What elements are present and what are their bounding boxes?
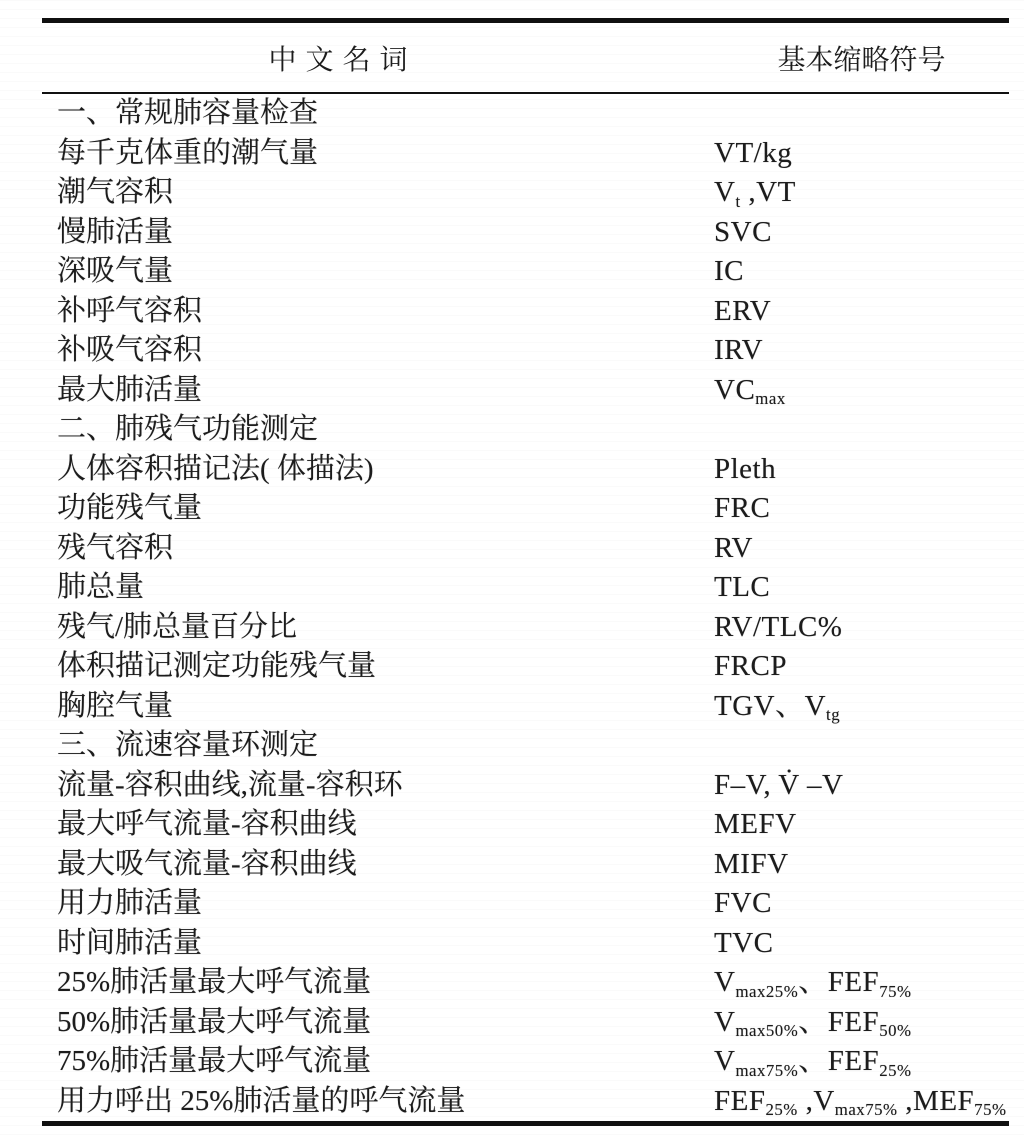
term-cell: 功能残气量 (42, 494, 714, 523)
abbreviation-cell: SVC (714, 218, 1009, 247)
term-cell: 最大呼气流量-容积曲线 (42, 810, 714, 839)
abbreviation-cell: IC (714, 257, 1009, 286)
table-row: 一、常规肺容量检查 (42, 94, 1009, 134)
abbreviation-cell: Pleth (714, 455, 1009, 484)
abbreviation-cell: TLC (714, 573, 1009, 602)
abbreviation-cell: Vt ,VT (714, 178, 1009, 207)
abbreviation-cell: FVC (714, 889, 1009, 918)
abbreviation-cell: F–V, V̇ –V (714, 771, 1009, 800)
abbreviation-cell: Vmax75%、FEF25% (714, 1047, 1009, 1076)
table-row: 最大吸气流量-容积曲线 MIFV (42, 845, 1009, 885)
abbreviation-cell: VT/kg (714, 139, 1009, 168)
table-row: 二、肺残气功能测定 (42, 410, 1009, 450)
table-row: 潮气容积 Vt ,VT (42, 173, 1009, 213)
table-row: 50%肺活量最大呼气流量 Vmax50%、FEF50% (42, 1003, 1009, 1043)
table-row: 用力呼出 25%肺活量的呼气流量 FEF25% ,Vmax75% ,MEF75% (42, 1082, 1009, 1122)
table-row: 三、流速容量环测定 (42, 726, 1009, 766)
table-row: 残气容积 RV (42, 529, 1009, 569)
table-row: 75%肺活量最大呼气流量 Vmax75%、FEF25% (42, 1042, 1009, 1082)
table-row: 补呼气容积 ERV (42, 292, 1009, 332)
table-row: 深吸气量 IC (42, 252, 1009, 292)
abbreviation-cell: TVC (714, 929, 1009, 958)
table-row: 最大肺活量 VCmax (42, 371, 1009, 411)
term-cell: 二、肺残气功能测定 (42, 415, 714, 444)
abbreviation-cell: FRCP (714, 652, 1009, 681)
abbreviation-cell: Vmax50%、FEF50% (714, 1008, 1009, 1037)
term-cell: 胸腔气量 (42, 692, 714, 721)
abbreviation-cell: FRC (714, 494, 1009, 523)
abbreviation-cell: ERV (714, 297, 1009, 326)
table-body: 一、常规肺容量检查 每千克体重的潮气量 VT/kg 潮气容积 Vt ,VT 慢肺… (42, 94, 1009, 1121)
abbreviation-cell: RV/TLC% (714, 613, 1009, 642)
term-cell: 50%肺活量最大呼气流量 (42, 1008, 714, 1037)
abbreviation-cell: MIFV (714, 850, 1009, 879)
table-row: 流量-容积曲线,流量-容积环 F–V, V̇ –V (42, 766, 1009, 806)
table-header-row: 中 文 名 词 基本缩略符号 (42, 23, 1009, 92)
abbreviation-cell: MEFV (714, 810, 1009, 839)
table-row: 慢肺活量 SVC (42, 213, 1009, 253)
term-cell: 一、常规肺容量检查 (42, 99, 714, 128)
table-row: 最大呼气流量-容积曲线 MEFV (42, 805, 1009, 845)
table-row: 体积描记测定功能残气量 FRCP (42, 647, 1009, 687)
term-cell: 补呼气容积 (42, 297, 714, 326)
table-row: 胸腔气量 TGV、Vtg (42, 687, 1009, 727)
abbreviation-cell: VCmax (714, 376, 1009, 405)
term-cell: 75%肺活量最大呼气流量 (42, 1047, 714, 1076)
table-row: 每千克体重的潮气量 VT/kg (42, 134, 1009, 174)
term-cell: 三、流速容量环测定 (42, 731, 714, 760)
table-row: 功能残气量 FRC (42, 489, 1009, 529)
term-cell: 残气/肺总量百分比 (42, 613, 714, 642)
abbreviation-cell: Vmax25%、FEF75% (714, 968, 1009, 997)
term-cell: 补吸气容积 (42, 336, 714, 365)
abbreviation-cell: TGV、Vtg (714, 692, 1009, 721)
column-header-abbreviation: 基本缩略符号 (714, 38, 1009, 78)
term-cell: 慢肺活量 (42, 218, 714, 247)
term-cell: 用力肺活量 (42, 889, 714, 918)
term-cell: 25%肺活量最大呼气流量 (42, 968, 714, 997)
term-cell: 时间肺活量 (42, 929, 714, 958)
scanned-document-page: 中 文 名 词 基本缩略符号 一、常规肺容量检查 每千克体重的潮气量 VT/kg… (0, 0, 1024, 1136)
pulmonary-terminology-table: 中 文 名 词 基本缩略符号 一、常规肺容量检查 每千克体重的潮气量 VT/kg… (42, 18, 1009, 1126)
term-cell: 深吸气量 (42, 257, 714, 286)
column-header-chinese-term: 中 文 名 词 (42, 38, 714, 78)
term-cell: 肺总量 (42, 573, 714, 602)
table-bottom-border (42, 1121, 1009, 1126)
table-row: 人体容积描记法( 体描法) Pleth (42, 450, 1009, 490)
term-cell: 体积描记测定功能残气量 (42, 652, 714, 681)
term-cell: 每千克体重的潮气量 (42, 139, 714, 168)
table-row: 25%肺活量最大呼气流量 Vmax25%、FEF75% (42, 963, 1009, 1003)
term-cell: 残气容积 (42, 534, 714, 563)
table-row: 肺总量 TLC (42, 568, 1009, 608)
term-cell: 人体容积描记法( 体描法) (42, 455, 714, 484)
abbreviation-cell: RV (714, 534, 1009, 563)
abbreviation-cell: FEF25% ,Vmax75% ,MEF75% (714, 1087, 1009, 1116)
term-cell: 潮气容积 (42, 178, 714, 207)
table-row: 用力肺活量 FVC (42, 884, 1009, 924)
term-cell: 最大肺活量 (42, 376, 714, 405)
table-row: 补吸气容积 IRV (42, 331, 1009, 371)
term-cell: 流量-容积曲线,流量-容积环 (42, 771, 714, 800)
table-row: 残气/肺总量百分比 RV/TLC% (42, 608, 1009, 648)
term-cell: 最大吸气流量-容积曲线 (42, 850, 714, 879)
abbreviation-cell: IRV (714, 336, 1009, 365)
term-cell: 用力呼出 25%肺活量的呼气流量 (42, 1087, 714, 1116)
table-row: 时间肺活量 TVC (42, 924, 1009, 964)
